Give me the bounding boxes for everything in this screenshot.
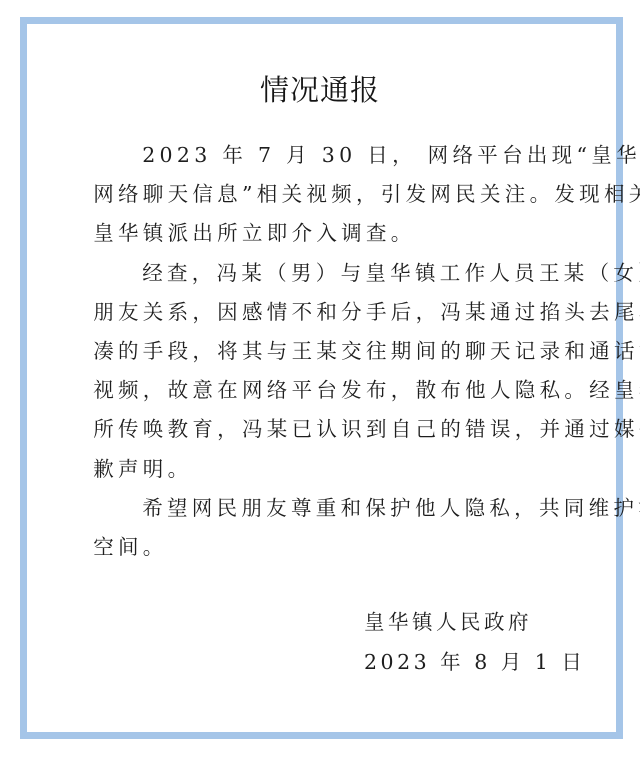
text-line: 朋友关系，因感情不和分手后，冯某通过掐头去尾、剪辑拼 [44, 293, 604, 332]
text-line: 希望网民朋友尊重和保护他人隐私，共同维护清朗网络 [44, 489, 604, 528]
text-line: 2023 年 7 月 30 日， 网络平台出现“皇华镇某工作人员 [44, 136, 604, 175]
text-line: 视频，故意在网络平台发布，散布他人隐私。经皇华镇派出 [44, 371, 604, 410]
paragraph-investigation: 经查，冯某（男）与皇华镇工作人员王某（女）为男女 朋友关系，因感情不和分手后，冯… [44, 254, 604, 489]
text-line: 凑的手段，将其与王某交往期间的聊天记录和通话记录合成 [44, 332, 604, 371]
text-line: 经查，冯某（男）与皇华镇工作人员王某（女）为男女 [44, 254, 604, 293]
paragraph-appeal: 希望网民朋友尊重和保护他人隐私，共同维护清朗网络 空间。 [44, 489, 604, 567]
text-line: 歉声明。 [44, 450, 604, 489]
paragraph-incident: 2023 年 7 月 30 日， 网络平台出现“皇华镇某工作人员 网络聊天信息”… [44, 136, 604, 254]
signature-block: 皇华镇人民政府 2023 年 8 月 1 日 [364, 602, 524, 682]
issue-date: 2023 年 8 月 1 日 [364, 642, 524, 682]
text-line: 空间。 [44, 528, 604, 567]
document-title: 情况通报 [0, 72, 640, 108]
document-body: 2023 年 7 月 30 日， 网络平台出现“皇华镇某工作人员 网络聊天信息”… [44, 136, 604, 567]
text-line: 所传唤教育，冯某已认识到自己的错误，并通过媒体发布道 [44, 410, 604, 449]
issuer-name: 皇华镇人民政府 [364, 602, 524, 642]
text-line: 网络聊天信息”相关视频，引发网民关注。发现相关信息后， [44, 175, 604, 214]
text-line: 皇华镇派出所立即介入调查。 [44, 214, 604, 253]
